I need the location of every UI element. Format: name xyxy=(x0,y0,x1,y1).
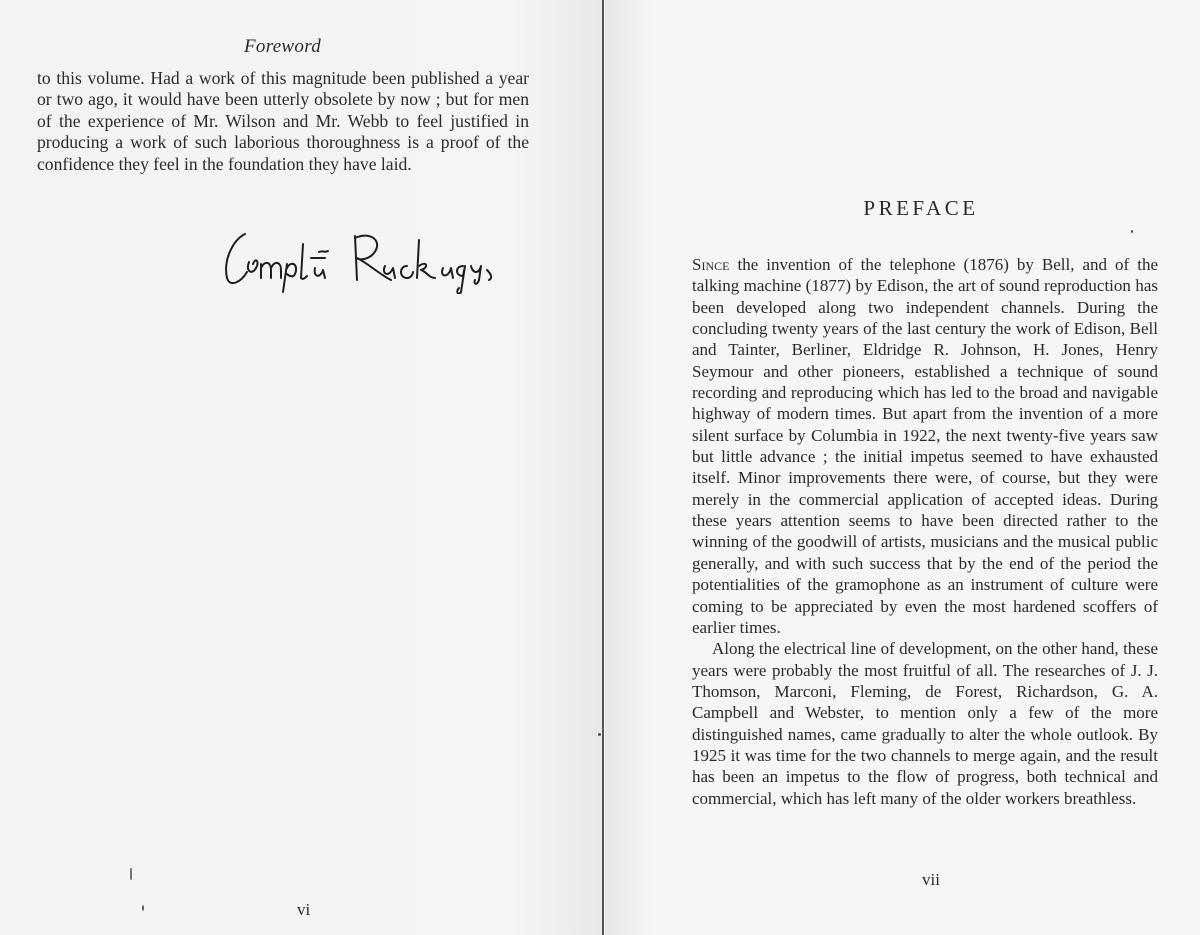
running-head: Foreword xyxy=(0,36,565,58)
paper-speck xyxy=(1131,230,1133,233)
paper-speck xyxy=(142,905,144,911)
foreword-text: to this volume. Had a work of this magni… xyxy=(37,68,529,175)
book-gutter xyxy=(602,0,604,935)
foreword-paragraph: to this volume. Had a work of this magni… xyxy=(37,68,529,175)
signature xyxy=(215,222,535,294)
page-number-right: vii xyxy=(922,870,940,890)
chapter-title: PREFACE xyxy=(605,196,1200,221)
page-number-left: vi xyxy=(297,900,310,920)
paper-speck xyxy=(130,868,132,880)
paragraph-lead-smallcaps: Since xyxy=(692,255,729,274)
preface-paragraph-2: Along the electrical line of development… xyxy=(692,638,1158,809)
paper-speck xyxy=(598,733,601,736)
paragraph-1-body: the invention of the telephone (1876) by… xyxy=(692,255,1158,637)
preface-paragraph-1: Since the invention of the telephone (18… xyxy=(692,254,1158,638)
preface-text: Since the invention of the telephone (18… xyxy=(692,254,1158,809)
